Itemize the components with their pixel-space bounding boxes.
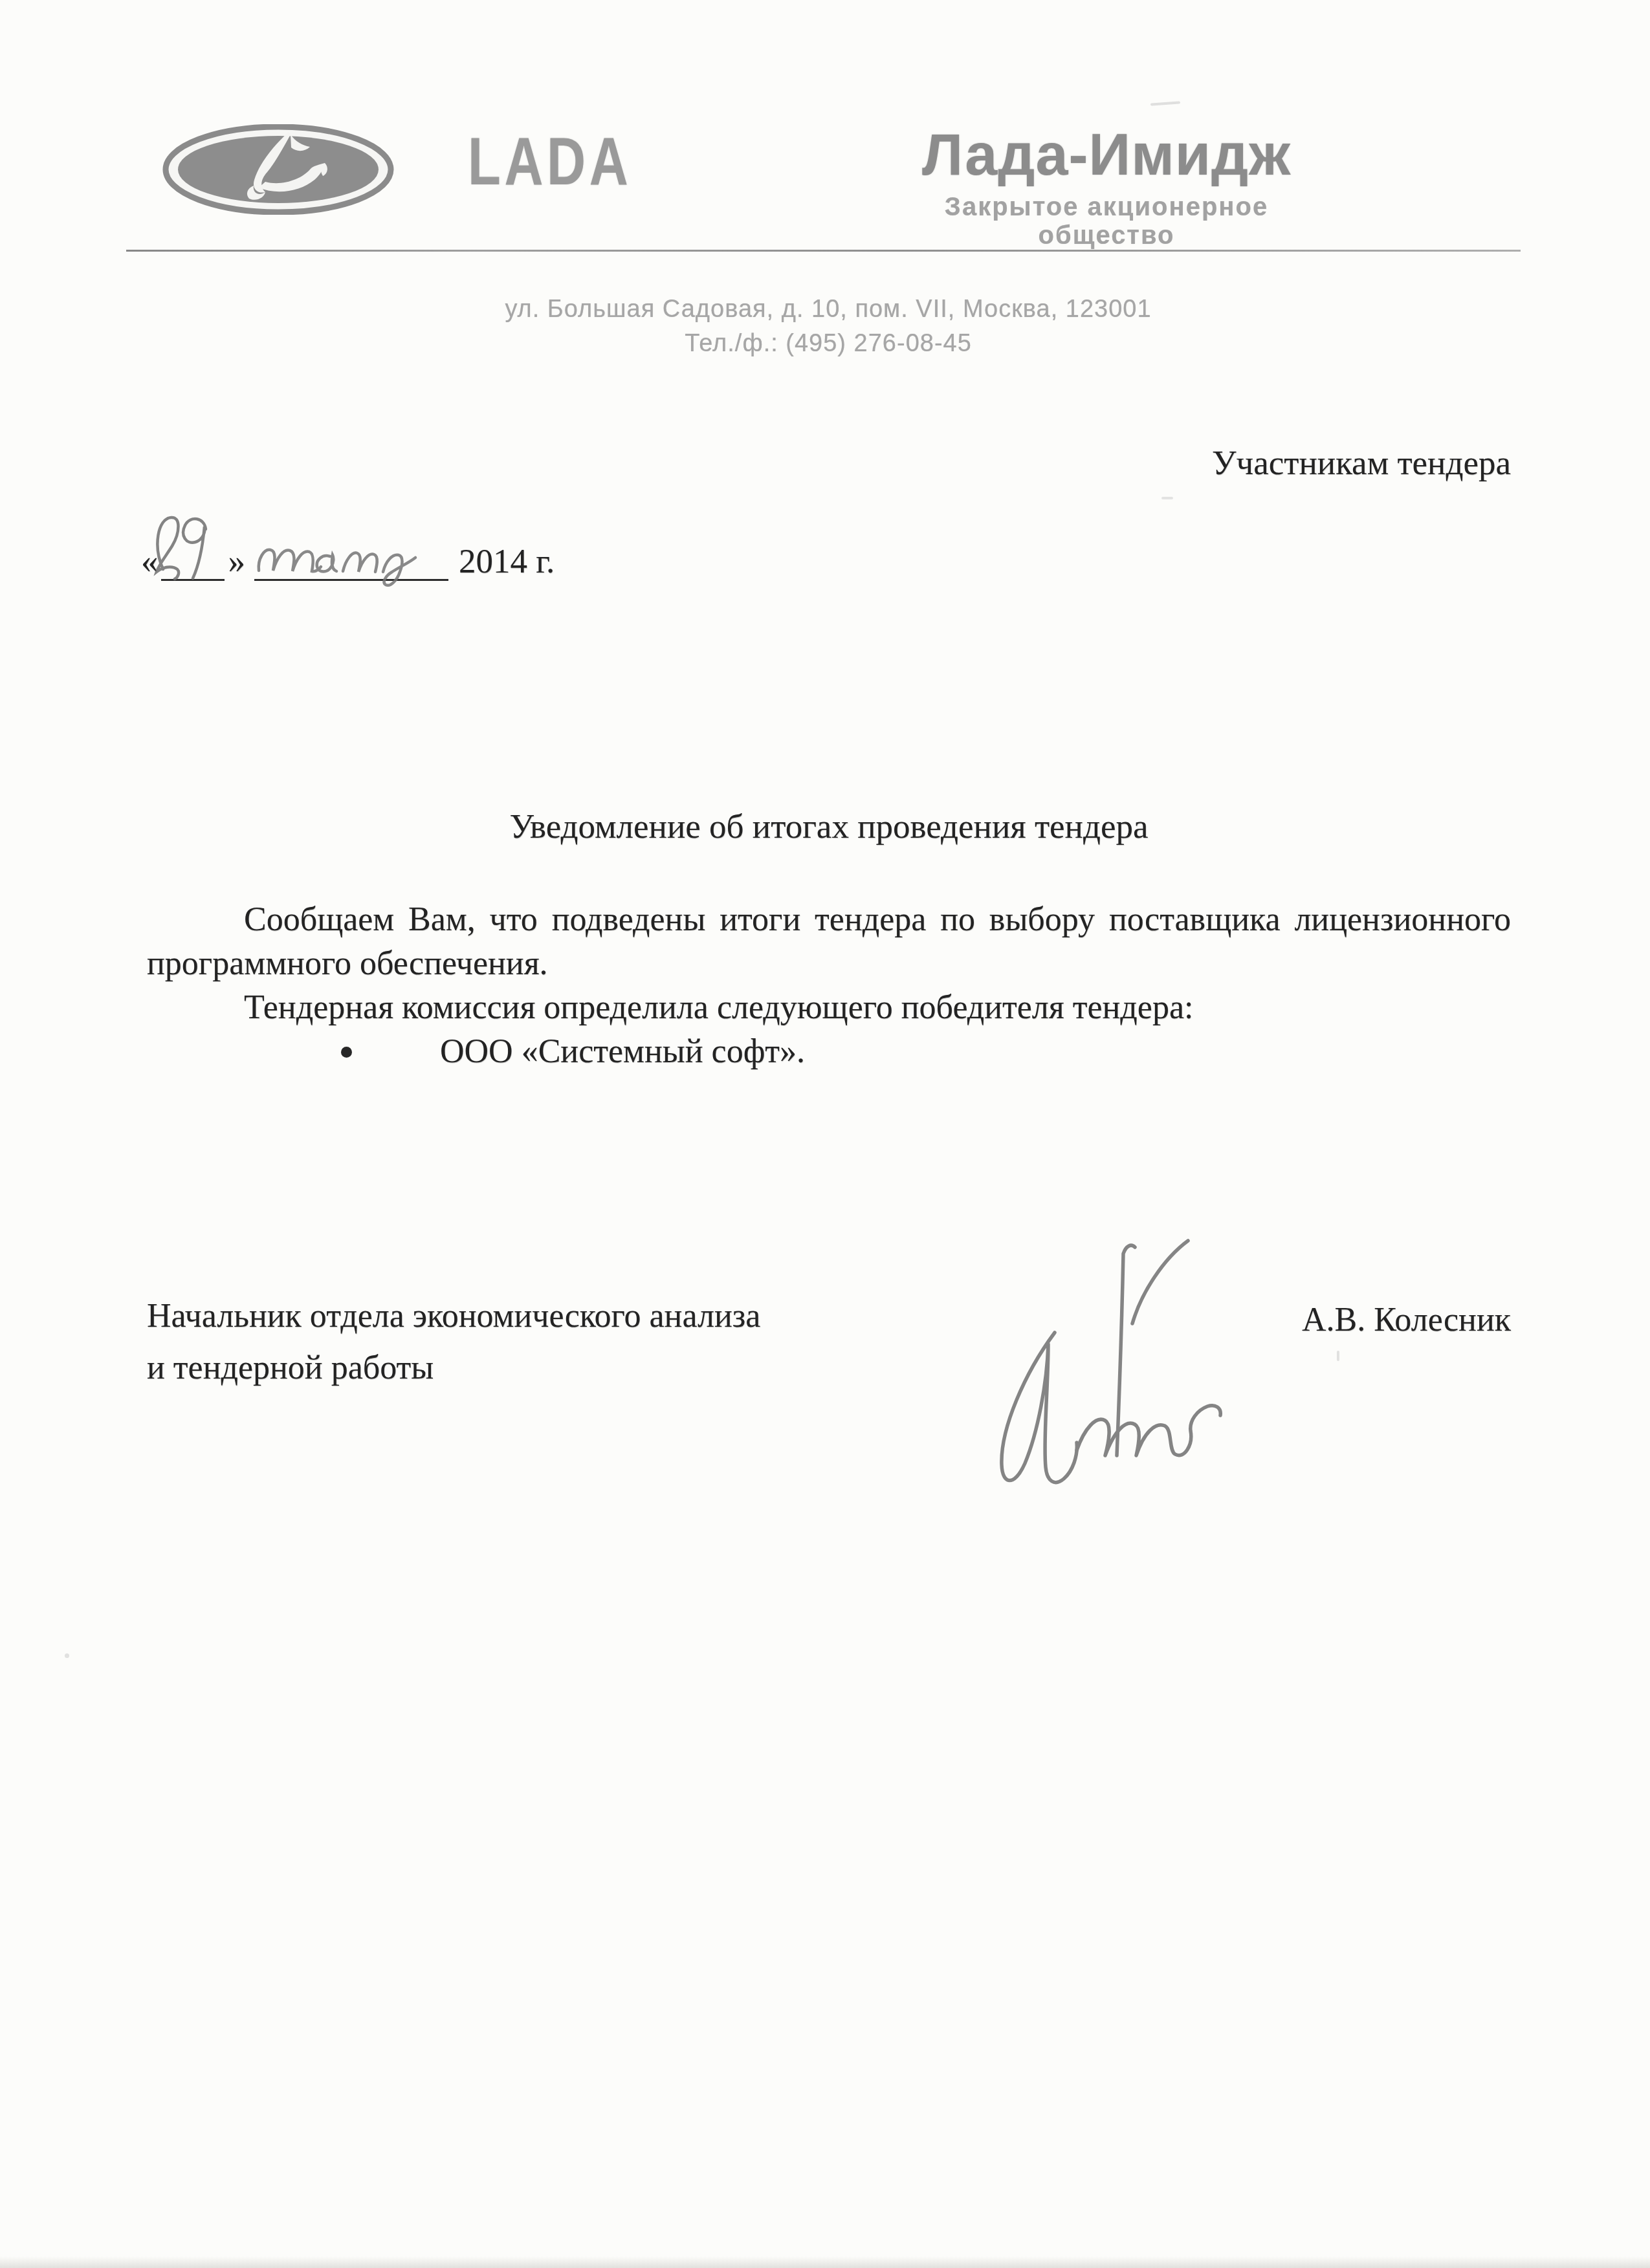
- company-type: Закрытое акционерное общество: [880, 193, 1333, 250]
- signature-block: Начальник отдела экономического анализа …: [147, 1291, 1511, 1394]
- recipient-line: Участникам тендера: [1212, 444, 1511, 483]
- winner-name: ООО «Системный софт».: [440, 1033, 805, 1070]
- list-item-winner: ООО «Системный софт».: [147, 1030, 1511, 1074]
- date-quote-close: »: [228, 542, 246, 581]
- date-line: « » 2014 г.: [141, 542, 555, 581]
- paragraph-2: Тендерная комиссия определила следующего…: [147, 986, 1511, 1030]
- bullet-icon: [341, 1047, 352, 1058]
- date-day-blank: [161, 544, 225, 581]
- scan-smudge: [1161, 497, 1173, 499]
- signer-position-line2: и тендерной работы: [147, 1342, 760, 1394]
- company-name: Лада-Имидж: [880, 124, 1333, 186]
- signer-name: А.В. Колесник: [1302, 1291, 1511, 1340]
- company-address: ул. Большая Садовая, д. 10, пом. VII, Мо…: [100, 292, 1556, 327]
- date-year: 2014 г.: [459, 542, 555, 581]
- letter-title: Уведомление об итогах проведения тендера: [147, 807, 1511, 846]
- brand-lada-text: LADA: [468, 128, 632, 195]
- company-phone: Тел./ф.: (495) 276-08-45: [100, 327, 1556, 361]
- scan-bottom-edge: [0, 2256, 1650, 2268]
- address-block: ул. Большая Садовая, д. 10, пом. VII, Мо…: [100, 292, 1556, 361]
- scan-speck: [65, 1653, 69, 1658]
- date-quote-open: «: [141, 542, 159, 581]
- lada-logo-icon: [162, 124, 395, 215]
- signer-position-line1: Начальник отдела экономического анализа: [147, 1291, 760, 1342]
- scanned-letter-page: LADA Лада-Имидж Закрытое акционерное общ…: [0, 0, 1650, 2268]
- paragraph-1: Сообщаем Вам, что подведены итоги тендер…: [147, 898, 1511, 986]
- scan-speck: [1337, 1351, 1339, 1361]
- letter-body: Сообщаем Вам, что подведены итоги тендер…: [147, 898, 1511, 1074]
- signer-position: Начальник отдела экономического анализа …: [147, 1291, 760, 1394]
- company-block: Лада-Имидж Закрытое акционерное общество: [880, 124, 1333, 250]
- date-month-blank: [254, 544, 448, 581]
- scan-smudge: [1150, 101, 1180, 105]
- header-divider: [126, 250, 1521, 252]
